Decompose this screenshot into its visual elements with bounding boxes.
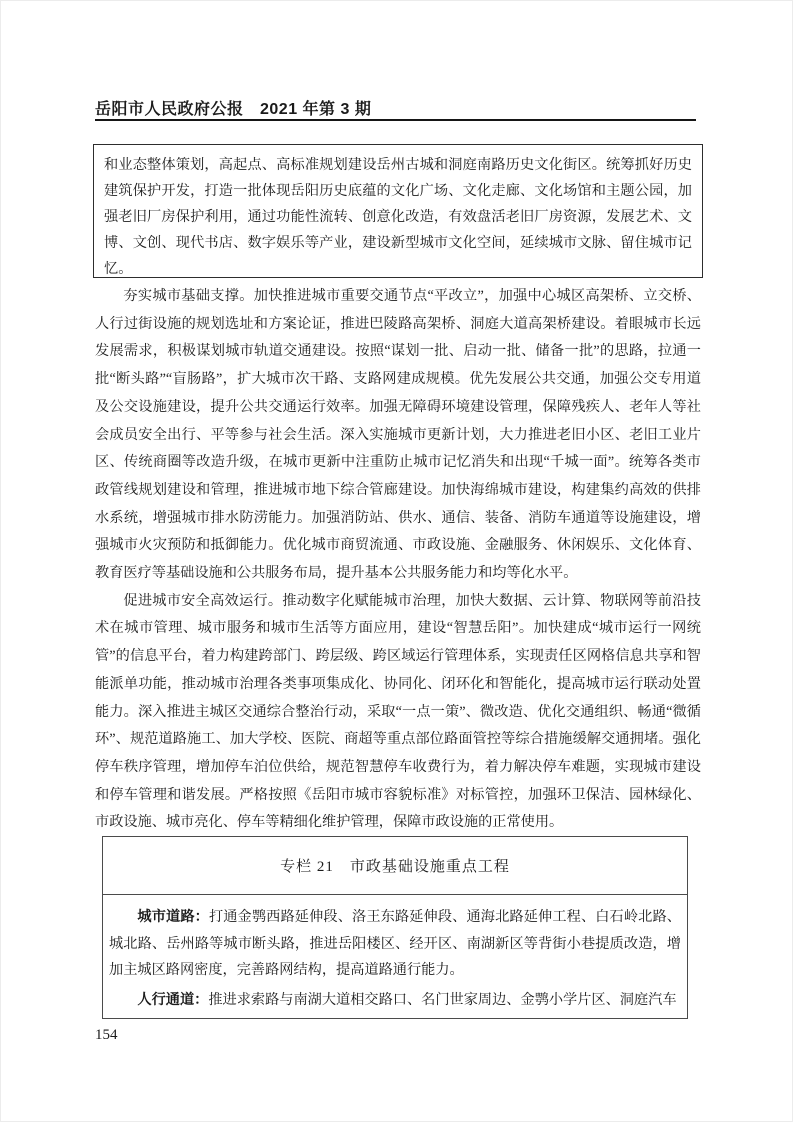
feature-box-body: 城市道路：打通金鹗西路延伸段、洛王东路延伸段、通海北路延伸工程、白石岭北路、城北… <box>103 895 687 1018</box>
feature-box-title-row: 专栏 21 市政基础设施重点工程 <box>103 837 687 895</box>
feature-item: 人行通道：推进求索路与南湖大道相交路口、名门世家周边、金鹗小学片区、洞庭汽车 <box>109 987 681 1014</box>
feature-item-label: 城市道路： <box>137 909 209 925</box>
body-paragraph: 夯实城市基础支撑。加快推进城市重要交通节点“平改立”，加强中心城区高架桥、立交桥… <box>95 283 701 588</box>
header-rule <box>95 119 696 121</box>
body-paragraph: 促进城市安全高效运行。推动数字化赋能城市治理，加快大数据、云计算、物联网等前沿技… <box>95 588 701 837</box>
feature-item: 城市道路：打通金鹗西路延伸段、洛王东路延伸段、通海北路延伸工程、白石岭北路、城北… <box>109 904 681 984</box>
intro-box-text: 和业态整体策划，高起点、高标准规划建设岳州古城和洞庭南路历史文化街区。统筹抓好历… <box>104 157 692 277</box>
gazette-header-title: 岳阳市人民政府公报 2021 年第 3 期 <box>95 96 371 119</box>
feature-box-title: 专栏 21 市政基础设施重点工程 <box>280 855 510 876</box>
page-number: 154 <box>95 1027 118 1044</box>
intro-highlight-box: 和业态整体策划，高起点、高标准规划建设岳州古城和洞庭南路历史文化街区。统筹抓好历… <box>93 144 703 278</box>
feature-item-text: 推进求索路与南湖大道相交路口、名门世家周边、金鹗小学片区、洞庭汽车 <box>208 992 676 1008</box>
body-content: 夯实城市基础支撑。加快推进城市重要交通节点“平改立”，加强中心城区高架桥、立交桥… <box>95 283 701 837</box>
feature-column-box: 专栏 21 市政基础设施重点工程 城市道路：打通金鹗西路延伸段、洛王东路延伸段、… <box>102 836 688 1019</box>
gazette-page: 岳阳市人民政府公报 2021 年第 3 期 和业态整体策划，高起点、高标准规划建… <box>0 0 793 1122</box>
feature-item-label: 人行通道： <box>137 992 208 1008</box>
